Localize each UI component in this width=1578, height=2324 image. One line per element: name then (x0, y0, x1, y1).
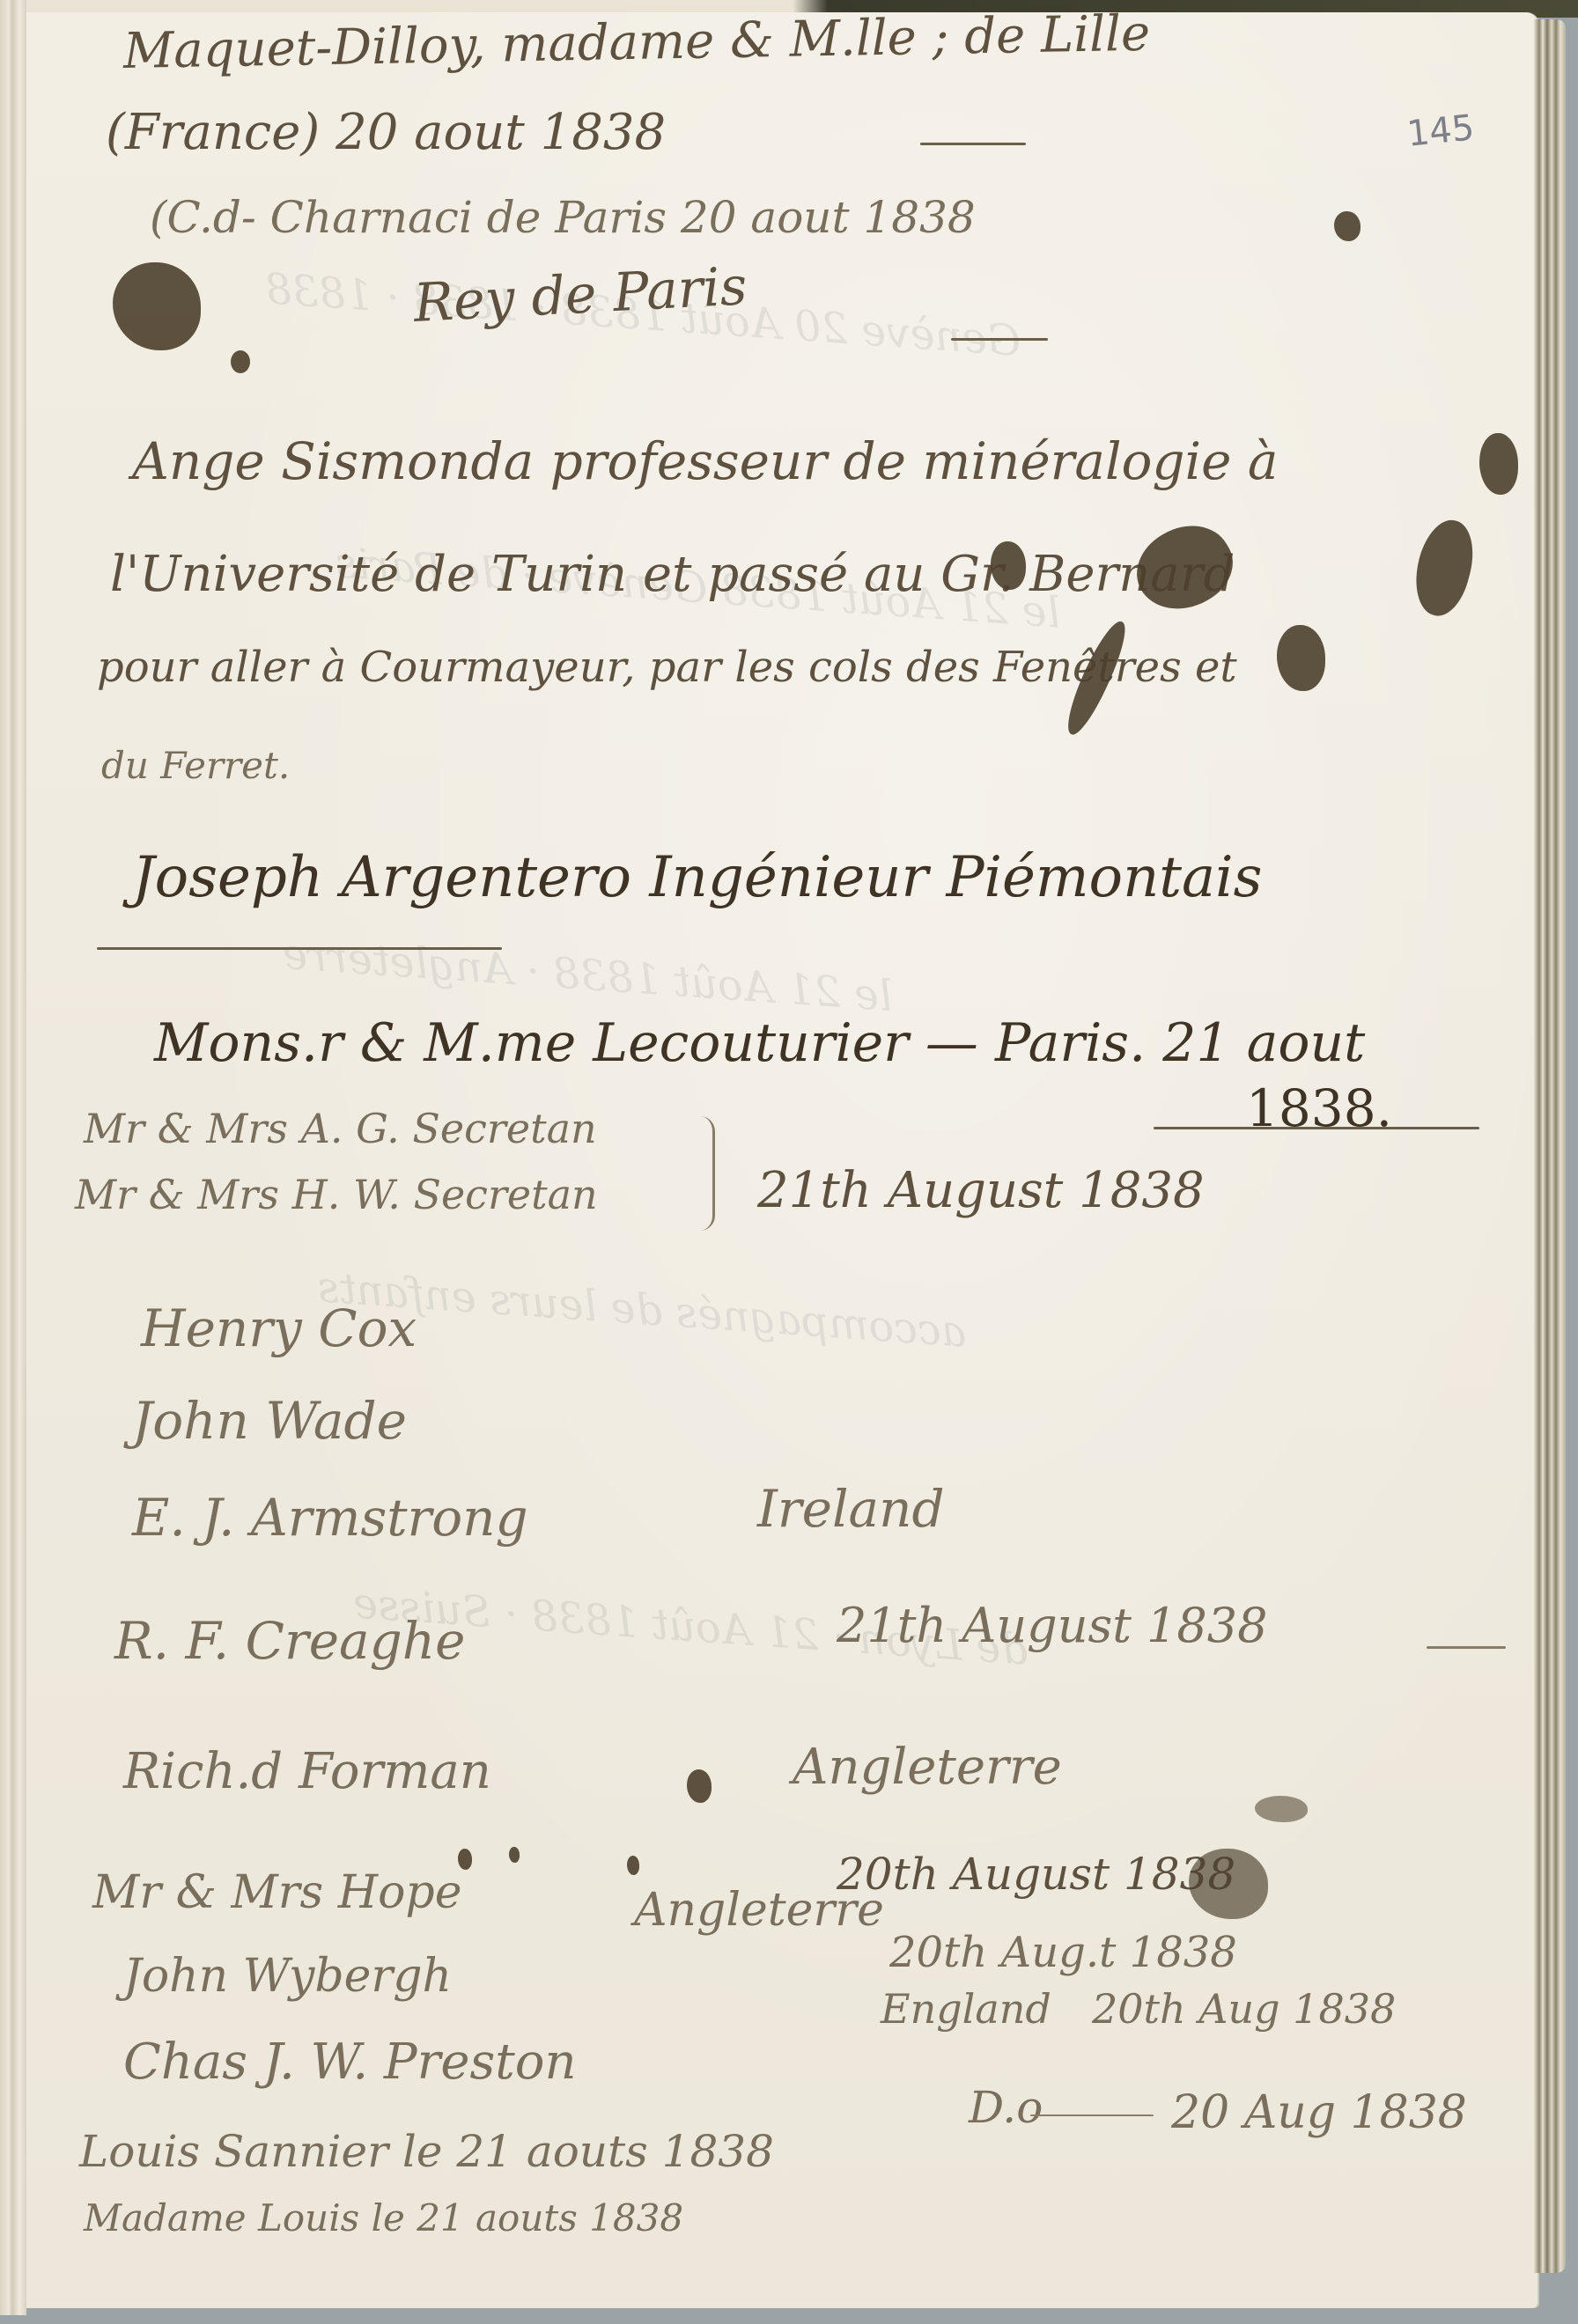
underline (1154, 1127, 1479, 1129)
entry-preston: Chas J. W. Preston (123, 2033, 577, 2091)
ink-drop (458, 1849, 472, 1870)
ink-blot (231, 350, 250, 373)
ink-blot (687, 1769, 712, 1803)
entry-secretan-line-1: Mr & Mrs A. G. Secretan (84, 1105, 597, 1152)
ink-blot (1334, 211, 1360, 241)
entry-england-place: England (881, 1985, 1051, 2033)
page-stack-edge (1534, 19, 1566, 2273)
underline (951, 338, 1048, 341)
entry-wybergh-date: 20th Aug.t 1838 (889, 1928, 1237, 1977)
entry-wybergh: John Wybergh (123, 1950, 452, 2003)
dash (1030, 2114, 1154, 2116)
entry-creaghe: R. F. Creaghe (114, 1611, 465, 1671)
entry-armstrong: E. J. Armstrong (132, 1488, 528, 1548)
underline (97, 947, 502, 950)
underline (920, 143, 1026, 145)
entry-hope-date: 20th August 1838 (837, 1849, 1235, 1900)
entry-cox: Henry Cox (141, 1298, 417, 1358)
ink-blot (991, 541, 1026, 590)
entry-armstrong-place: Ireland (757, 1479, 945, 1539)
book-gutter-edge (0, 0, 26, 2315)
entry-secretan-line-2: Mr & Mrs H. W. Secretan (75, 1171, 598, 1218)
entry-madame-louis: Madame Louis le 21 aouts 1838 (84, 2196, 683, 2239)
entry-england-date: 20th Aug 1838 (1092, 1985, 1396, 2033)
ink-blot (1479, 433, 1518, 495)
entry-wade: John Wade (132, 1391, 407, 1451)
entry-sismonda-line-1: Ange Sismonda professeur de minéralogie … (132, 431, 1278, 491)
entry-charnaci: (C.d- Charnaci de Paris 20 aout 1838 (150, 192, 976, 243)
entry-lecouturier-line-1: Mons.r & M.me Lecouturier — Paris. 21 ao… (154, 1012, 1365, 1074)
entry-sismonda-line-4: du Ferret. (101, 744, 290, 787)
entry-argentero: Joseph Argentero Ingénieur Piémontais (132, 845, 1262, 910)
entry-secretan-date: 21th August 1838 (757, 1162, 1205, 1219)
entry-maquet-line-2: (France) 20 aout 1838 (106, 104, 666, 161)
grouping-brace (700, 1116, 715, 1231)
ink-blot (1277, 625, 1325, 691)
entry-creaghe-date: 21th August 1838 (837, 1598, 1267, 1653)
entry-sismonda-line-3: pour aller à Courmayeur, par les cols de… (97, 643, 1237, 692)
entry-sannier: Louis Sannier le 21 aouts 1838 (79, 2126, 774, 2177)
page-number: 145 (1405, 107, 1477, 155)
entry-forman: Rich.d Forman (123, 1743, 491, 1800)
ink-drop (627, 1856, 639, 1875)
entry-preston-date: 20 Aug 1838 (1171, 2086, 1467, 2139)
entry-sismonda-line-2: l'Université de Turin et passé au Gr. Be… (110, 546, 1235, 603)
entry-preston-place: D.o (969, 2082, 1043, 2133)
entry-hope: Mr & Mrs Hope (92, 1866, 461, 1919)
ink-smudge (1255, 1796, 1308, 1822)
ink-drop (509, 1847, 520, 1863)
entry-forman-place: Angleterre (793, 1739, 1062, 1796)
dash (1427, 1646, 1506, 1649)
